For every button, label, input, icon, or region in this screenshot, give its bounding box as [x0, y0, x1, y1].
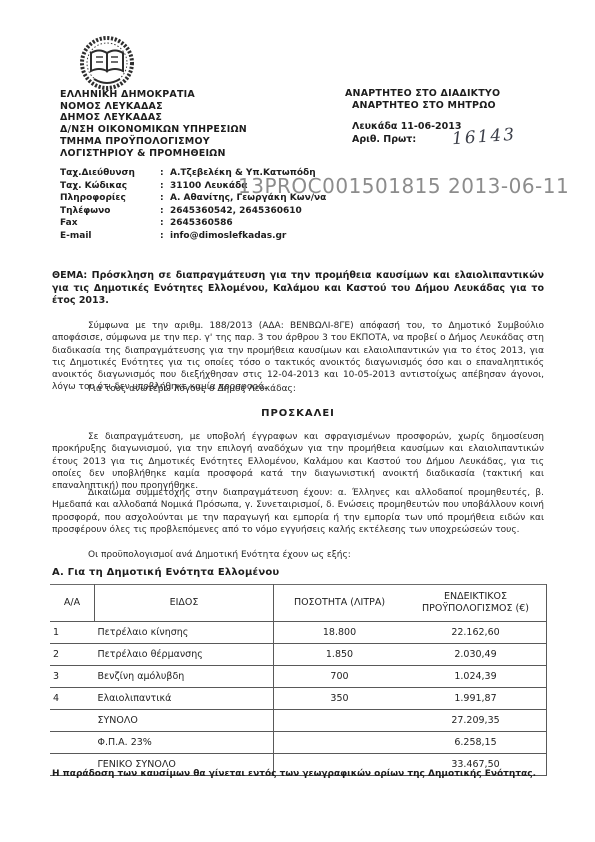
cell-item: Ελαιολιπαντικά: [95, 688, 274, 710]
colon: :: [160, 230, 170, 243]
cell-num: [50, 732, 95, 754]
colon: :: [160, 180, 170, 193]
authority-line: ΤΜΗΜΑ ΠΡΟΫΠΟΛΟΓΙΣΜΟΥ: [60, 136, 247, 148]
table-row: 3 Βενζίνη αμόλυβδη 700 1.024,39: [50, 666, 547, 688]
cell-item: Πετρέλαιο κίνησης: [95, 622, 274, 644]
body-paragraph-4: Οι προϋπολογισμοί ανά Δημοτική Ενότητα έ…: [52, 549, 544, 561]
cell-item: Φ.Π.Α. 23%: [95, 732, 274, 754]
cell-budget: 27.209,35: [405, 710, 547, 732]
authority-line: Δ/ΝΣΗ ΟΙΚΟΝΟΜΙΚΩΝ ΥΠΗΡΕΣΙΩΝ: [60, 124, 247, 136]
body-paragraph-2: Σε διαπραγμάτευση, με υποβολή έγγραφων κ…: [52, 431, 544, 492]
table-row: 2 Πετρέλαιο θέρμανσης 1.850 2.030,49: [50, 644, 547, 666]
cell-budget: 22.162,60: [405, 622, 547, 644]
cell-budget: 1.991,87: [405, 688, 547, 710]
authority-header: ΕΛΛΗΝΙΚΗ ΔΗΜΟΚΡΑΤΙΑ ΝΟΜΟΣ ΛΕΥΚΑΔΑΣ ΔΗΜΟΣ…: [60, 89, 247, 159]
protocol-number-handwritten: 16143: [451, 125, 516, 149]
cell-qty: 18.800: [274, 622, 406, 644]
contact-info: Ταχ.Διεύθυνση : Α.Τζεβελέκη & Υπ.Κατωπόδ…: [60, 167, 326, 243]
contact-value: Α. Αθανίτης, Γεωργάκη Κων/να: [170, 192, 326, 205]
contact-label: E-mail: [60, 230, 160, 243]
delivery-note: Η παράδοση των καυσίμων θα γίνεται εντός…: [52, 769, 552, 779]
cell-qty: 700: [274, 666, 406, 688]
publication-notice: ΑΝΑΡΤΗΤΕΟ ΣΤΟ ΔΙΑΔΙΚΤΥΟ ΑΝΑΡΤΗΤΕΟ ΣΤΟ ΜΗ…: [345, 88, 500, 112]
header-item: ΕΙΔΟΣ: [95, 585, 274, 622]
place-and-date: Λευκάδα 11-06-2013: [352, 121, 461, 132]
contact-label: Ταχ. Κώδικας: [60, 180, 160, 193]
contact-label: Πληροφορίες: [60, 192, 160, 205]
contact-email-value: info@dimoslefkadas.gr: [170, 230, 286, 243]
cell-item: ΣΥΝΟΛΟ: [95, 710, 274, 732]
contact-value: 31100 Λευκάδα: [170, 180, 247, 193]
contact-row: Πληροφορίες : Α. Αθανίτης, Γεωργάκη Κων/…: [60, 192, 326, 205]
header-budget: ΕΝΔΕΙΚΤΙΚΟΣ ΠΡΟΫΠΟΛΟΓΙΣΜΟΣ (€): [405, 585, 547, 622]
colon: :: [160, 167, 170, 180]
cell-budget: 1.024,39: [405, 666, 547, 688]
invites-heading: ΠΡΟΣΚΑΛΕΙ: [52, 408, 544, 419]
contact-label: Τηλέφωνο: [60, 205, 160, 218]
colon: :: [160, 217, 170, 230]
contact-value: 2645360586: [170, 217, 233, 230]
cell-num: 1: [50, 622, 95, 644]
municipal-seal-icon: [76, 35, 138, 93]
cell-num: 3: [50, 666, 95, 688]
cell-item: Βενζίνη αμόλυβδη: [95, 666, 274, 688]
cell-num: 2: [50, 644, 95, 666]
contact-label: Ταχ.Διεύθυνση: [60, 167, 160, 180]
cell-num: [50, 710, 95, 732]
contact-row: Ταχ. Κώδικας : 31100 Λευκάδα: [60, 180, 326, 193]
authority-line: ΔΗΜΟΣ ΛΕΥΚΑΔΑΣ: [60, 112, 247, 124]
contact-row: E-mail : info@dimoslefkadas.gr: [60, 230, 326, 243]
header-quantity: ΠΟΣΟΤΗΤΑ (ΛΙΤΡΑ): [274, 585, 406, 622]
table-header-row: Α/Α ΕΙΔΟΣ ΠΟΣΟΤΗΤΑ (ΛΙΤΡΑ) ΕΝΔΕΙΚΤΙΚΟΣ Π…: [50, 585, 547, 622]
document-page: ΕΛΛΗΝΙΚΗ ΔΗΜΟΚΡΑΤΙΑ ΝΟΜΟΣ ΛΕΥΚΑΔΑΣ ΔΗΜΟΣ…: [0, 0, 595, 842]
header-aa: Α/Α: [50, 585, 95, 622]
contact-row: Fax : 2645360586: [60, 217, 326, 230]
contact-label: Fax: [60, 217, 160, 230]
cell-qty: [274, 732, 406, 754]
cell-budget: 2.030,49: [405, 644, 547, 666]
table-total-row: ΣΥΝΟΛΟ 27.209,35: [50, 710, 547, 732]
body-paragraph-3: Δικαίωμα συμμετοχής στην διαπραγμάτευση …: [52, 487, 544, 536]
authority-line: ΝΟΜΟΣ ΛΕΥΚΑΔΑΣ: [60, 101, 247, 113]
notice-line: ΑΝΑΡΤΗΤΕΟ ΣΤΟ ΜΗΤΡΩΟ: [345, 100, 500, 112]
contact-row: Τηλέφωνο : 2645360542, 2645360610: [60, 205, 326, 218]
cell-qty: 1.850: [274, 644, 406, 666]
subject-line: ΘΕΜΑ: Πρόσκληση σε διαπραγμάτευση για τη…: [52, 270, 544, 308]
cell-budget: 6.258,15: [405, 732, 547, 754]
body-paragraph-1b: Για τους ανωτέρω λόγους ο Δήμος Λευκάδας…: [52, 383, 544, 395]
colon: :: [160, 205, 170, 218]
contact-value: Α.Τζεβελέκη & Υπ.Κατωπόδη: [170, 167, 316, 180]
colon: :: [160, 192, 170, 205]
notice-line: ΑΝΑΡΤΗΤΕΟ ΣΤΟ ΔΙΑΔΙΚΤΥΟ: [345, 88, 500, 100]
authority-line: ΛΟΓΙΣΤΗΡΙΟΥ & ΠΡΟΜΗΘΕΙΩΝ: [60, 148, 247, 160]
budget-table: Α/Α ΕΙΔΟΣ ΠΟΣΟΤΗΤΑ (ΛΙΤΡΑ) ΕΝΔΕΙΚΤΙΚΟΣ Π…: [50, 584, 547, 776]
contact-value: 2645360542, 2645360610: [170, 205, 302, 218]
table-row: 1 Πετρέλαιο κίνησης 18.800 22.162,60: [50, 622, 547, 644]
cell-num: 4: [50, 688, 95, 710]
authority-line: ΕΛΛΗΝΙΚΗ ΔΗΜΟΚΡΑΤΙΑ: [60, 89, 247, 101]
protocol-label: Αριθ. Πρωτ:: [352, 134, 416, 145]
cell-qty: [274, 710, 406, 732]
table-vat-row: Φ.Π.Α. 23% 6.258,15: [50, 732, 547, 754]
cell-item: Πετρέλαιο θέρμανσης: [95, 644, 274, 666]
section-a-heading: Α. Για τη Δημοτική Ενότητα Ελλομένου: [52, 567, 279, 578]
cell-qty: 350: [274, 688, 406, 710]
contact-row: Ταχ.Διεύθυνση : Α.Τζεβελέκη & Υπ.Κατωπόδ…: [60, 167, 326, 180]
table-row: 4 Ελαιολιπαντικά 350 1.991,87: [50, 688, 547, 710]
